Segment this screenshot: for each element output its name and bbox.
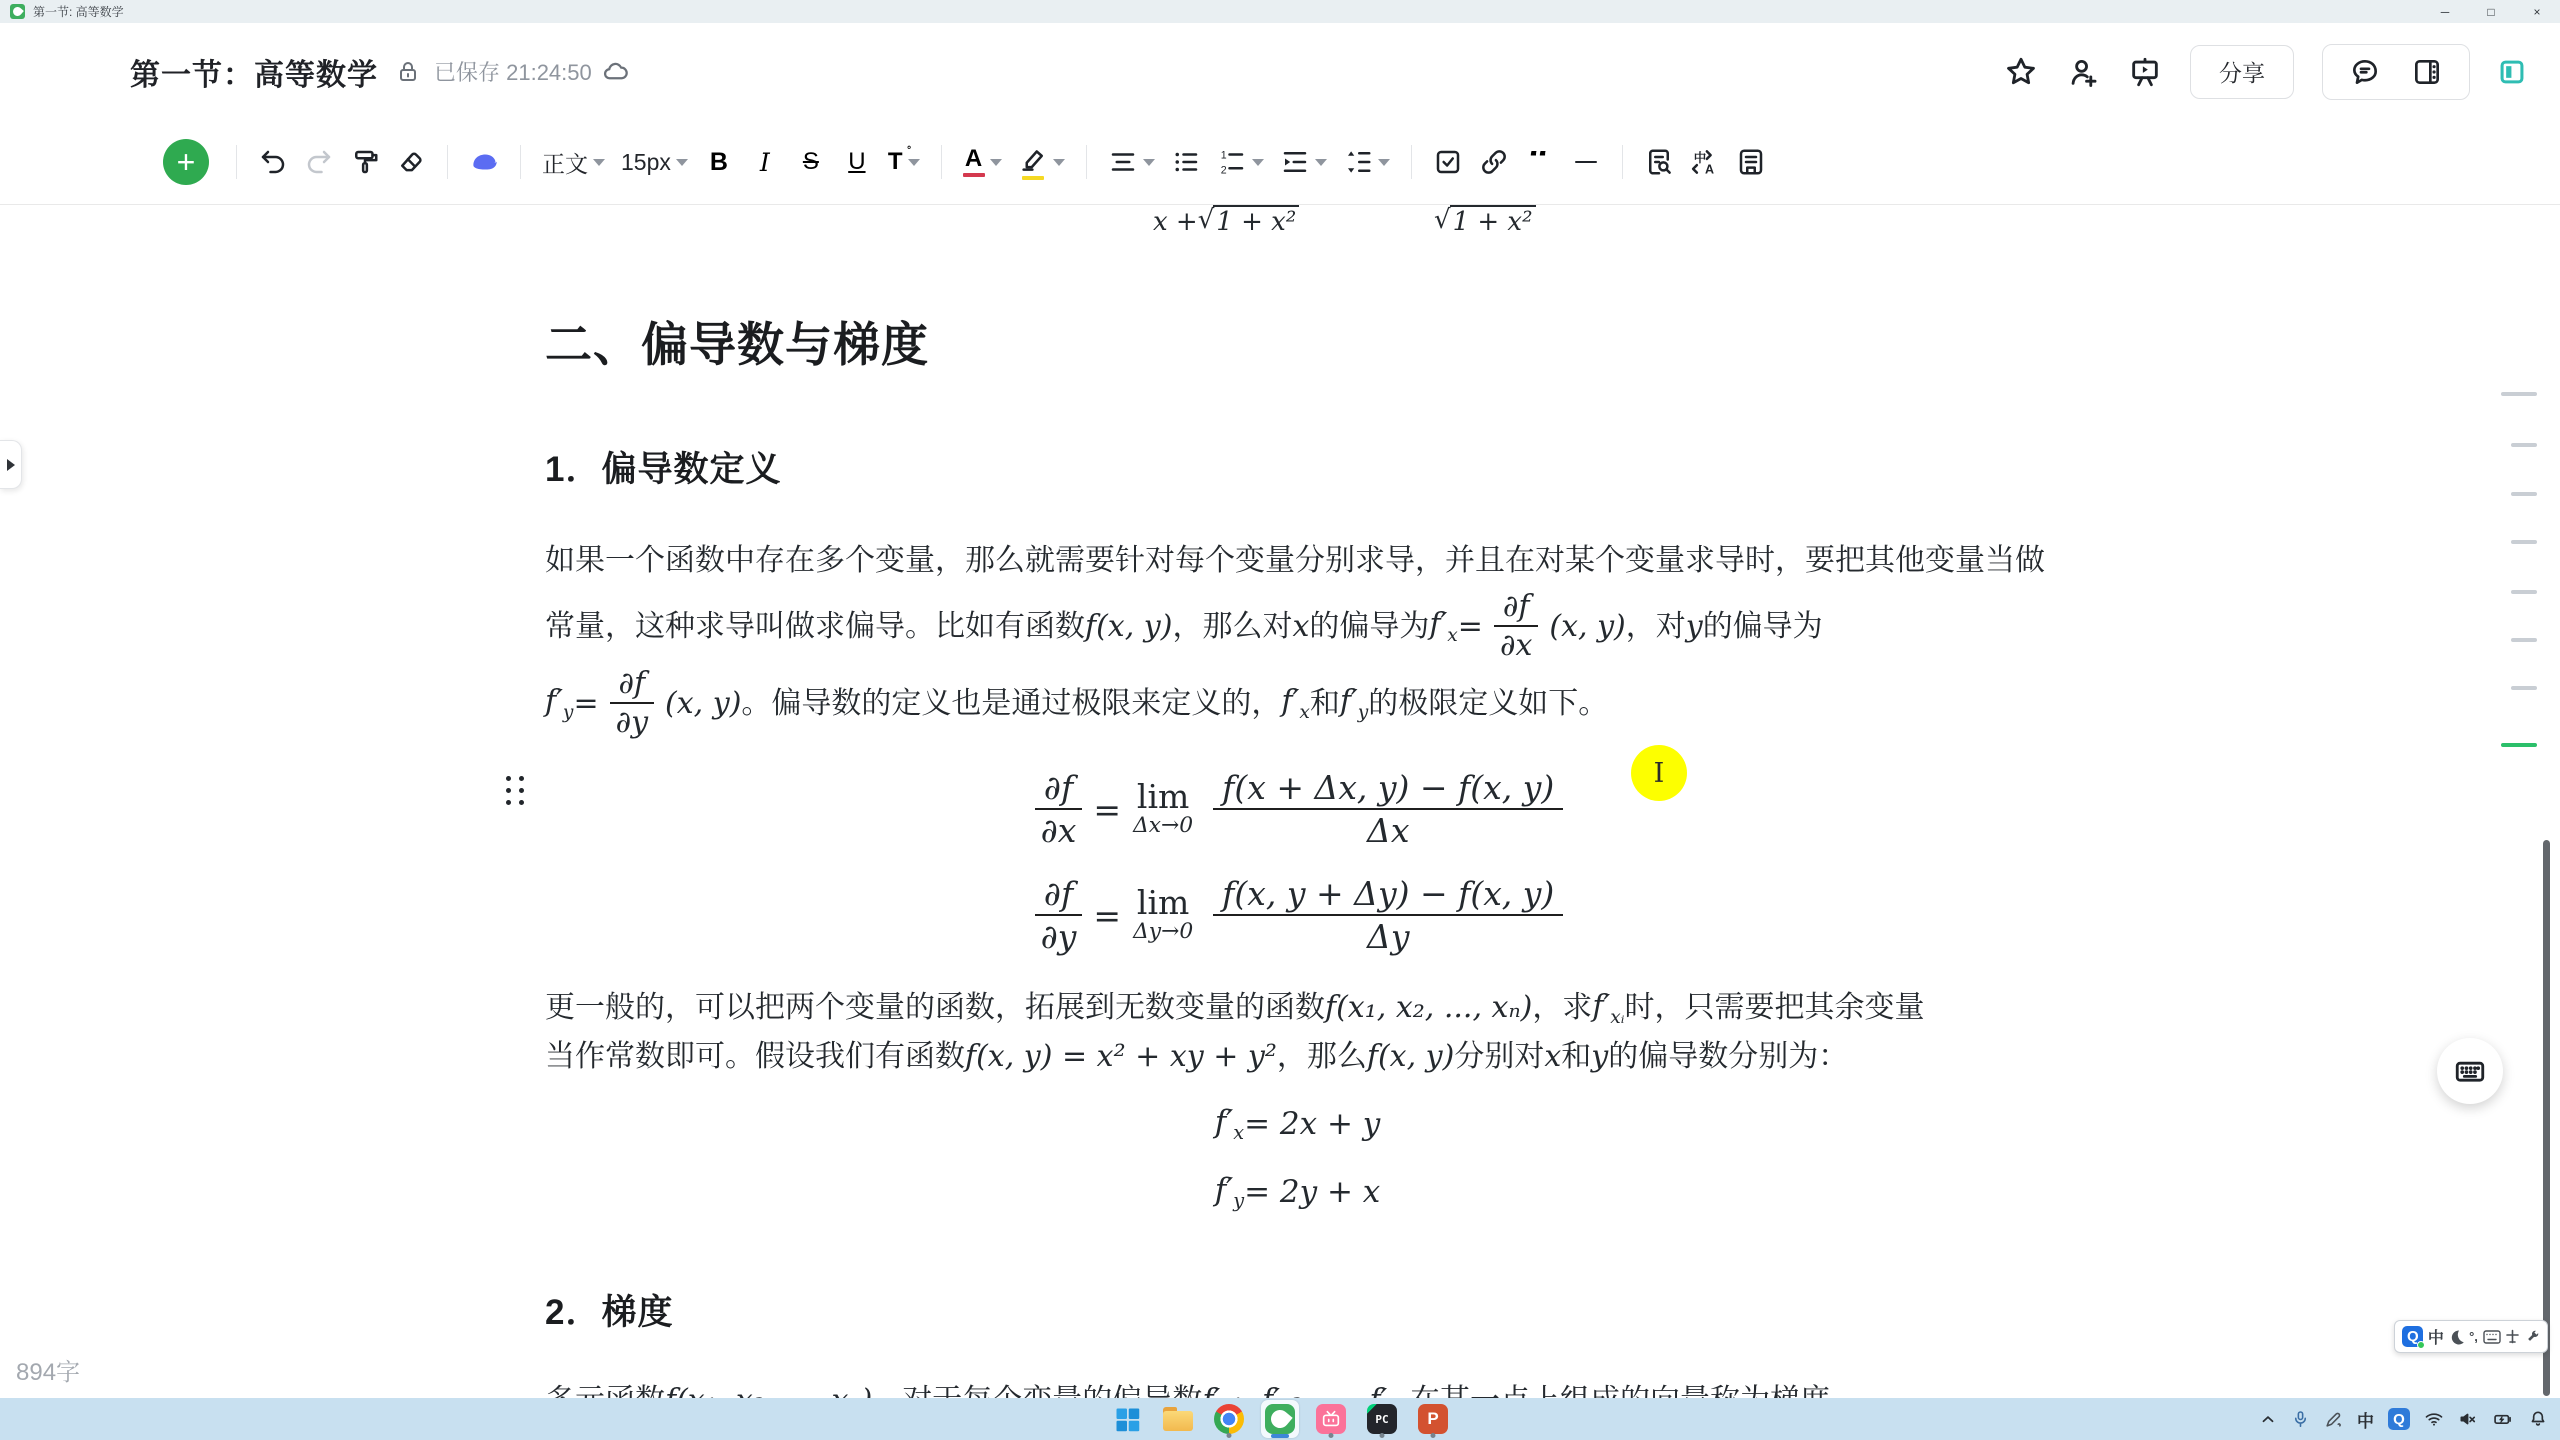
document-editor[interactable]: x + √1 + x² √1 + x² 二、偏导数与梯度 1．偏导数定义 如果一…	[545, 205, 2050, 1398]
text-run: 和	[1310, 681, 1340, 726]
bullet-list-button[interactable]	[1166, 139, 1206, 185]
translate-button[interactable]: 中A	[1685, 139, 1725, 185]
toolbar-divider	[941, 145, 942, 179]
chevron-down-icon	[593, 159, 605, 166]
math-fraction: f(x + Δx, y) − f(x, y)Δx	[1213, 767, 1563, 852]
start-button[interactable]	[1108, 1400, 1146, 1438]
present-mode-button[interactable]	[2128, 55, 2162, 89]
outline-mark[interactable]	[2511, 540, 2537, 544]
math-run: f(x₁, x₂, ..., xₙ)	[1325, 985, 1532, 1030]
formatting-toolbar: + 正文 15px B I S U T˚ A	[0, 120, 2560, 205]
underline-glyph: U	[848, 148, 865, 176]
sidebar-toggle-teal-icon[interactable]	[2498, 58, 2526, 86]
fraction-denominator: ∂y	[1032, 916, 1086, 957]
tray-battery-charging-icon[interactable]	[2492, 1409, 2514, 1429]
fraction-denominator: ∂x	[1491, 627, 1541, 665]
text-run: 当作常数即可。假设我们有函数	[545, 1034, 965, 1079]
ai-whale-button[interactable]	[464, 139, 504, 185]
math-run: x	[1292, 604, 1309, 649]
catalog-panel-button[interactable]	[2411, 56, 2443, 88]
undo-button[interactable]	[253, 139, 293, 185]
math-run: (x, y)	[665, 681, 741, 726]
fraction-denominator: ∂x	[1032, 810, 1086, 851]
strikethrough-glyph: S	[803, 148, 819, 176]
text-style-dropdown[interactable]: T˚	[883, 139, 925, 185]
bilibili-icon	[1316, 1404, 1346, 1434]
block-drag-handle-icon[interactable]	[503, 772, 527, 808]
display-formula-fy[interactable]: f′y = 2y + x	[545, 1166, 2050, 1218]
comments-button[interactable]	[2349, 56, 2381, 88]
outline-mark[interactable]	[2501, 392, 2537, 396]
toolbar-divider	[236, 145, 237, 179]
limit-word: lim	[1137, 780, 1189, 815]
paragraph-line[interactable]: f′y = ∂f∂y(x, y) 。偏导数的定义也是通过极限来定义的， f′x …	[545, 660, 1608, 746]
fraction-numerator: f(x + Δx, y) − f(x, y)	[1213, 767, 1563, 810]
word-count: 894字	[16, 1352, 80, 1387]
display-formula-partial-y[interactable]: ∂f∂y = limΔy→0f(x, y + Δy) − f(x, y)Δy	[545, 863, 2050, 967]
cloud-sync-icon	[602, 58, 629, 85]
ime-chinese-mode[interactable]: 中	[2428, 1325, 2444, 1348]
math-sub-run: f′y	[545, 679, 573, 727]
redo-button[interactable]	[299, 139, 339, 185]
display-formula-partial-x[interactable]: ∂f∂x = limΔx→0f(x + Δx, y) − f(x, y)Δx	[545, 757, 2050, 861]
paragraph-style-value: 正文	[542, 146, 588, 179]
highlighter-icon	[1018, 144, 1048, 180]
math-limit: limΔx→0	[1133, 780, 1193, 838]
template-button[interactable]	[1731, 139, 1771, 185]
math-run: = 2x + y	[1244, 1106, 1380, 1142]
numbered-list-dropdown[interactable]: 12	[1212, 139, 1269, 185]
text-run: 在某一点上组成的向量称为梯度	[1410, 1378, 1830, 1398]
windows-taskbar: PC P 中 Q	[0, 1398, 2560, 1440]
numbered-one-glyph: 1	[1220, 149, 1226, 161]
fraction-numerator: ∂f	[1035, 767, 1082, 810]
tray-microphone-icon[interactable]	[2291, 1410, 2310, 1429]
paragraph-style-dropdown[interactable]: 正文	[537, 139, 610, 185]
radical-sign: √	[1198, 205, 1215, 235]
clipped-formula-fragment-1[interactable]: x + √1 + x²	[1153, 205, 1299, 237]
text-run: 的偏导为	[1309, 604, 1429, 649]
limit-subscript: Δy→0	[1133, 921, 1193, 944]
window-controls: ─ □ ×	[2422, 0, 2560, 23]
outline-mark[interactable]	[2501, 743, 2537, 747]
block-quote-button[interactable]: “	[1520, 139, 1560, 185]
toolbar-divider	[520, 145, 521, 179]
math-run: = 2y + x	[1244, 1174, 1380, 1210]
insert-block-button[interactable]: +	[163, 139, 209, 185]
qq-logo: Q	[2388, 1408, 2410, 1430]
minimize-button[interactable]: ─	[2422, 0, 2468, 23]
math-run: =	[1093, 896, 1121, 935]
math-run: f′ₓ₁, f′ₓ₂, ..., f′ₓₙ	[1202, 1378, 1410, 1398]
ime-soft-keyboard-icon[interactable]	[2483, 1330, 2501, 1344]
indent-dropdown[interactable]	[1275, 139, 1332, 185]
document-header: 第一节：高等数学 已保存 21:24:50 分享	[0, 23, 2560, 120]
chevron-down-icon	[1143, 159, 1155, 166]
saved-status: 已保存 21:24:50	[434, 56, 592, 87]
text-run: 的偏导为	[1703, 604, 1823, 649]
bilibili-button[interactable]	[1312, 1400, 1350, 1438]
outline-mark[interactable]	[2511, 443, 2537, 447]
math-fraction: ∂f∂x	[1491, 588, 1541, 665]
math-run: (x, y)	[1549, 604, 1625, 649]
font-color-dropdown[interactable]: A	[958, 139, 1007, 185]
paragraph-line[interactable]: 当作常数即可。假设我们有函数 f(x, y) = x² + xy + y² ，那…	[545, 1034, 1848, 1079]
math-run: f(x, y) = x² + xy + y²	[965, 1034, 1277, 1079]
tray-ime-language-indicator[interactable]: 中	[2357, 1407, 2374, 1432]
pycharm-icon: PC	[1367, 1404, 1397, 1434]
ime-halfwidth-moon-icon[interactable]	[2449, 1329, 2465, 1345]
font-size-dropdown[interactable]: 15px	[616, 139, 693, 185]
comment-catalog-group	[2322, 44, 2470, 100]
limit-word: lim	[1137, 886, 1189, 921]
tray-volume-muted-icon[interactable]	[2458, 1409, 2478, 1429]
ime-punctuation-mode[interactable]: °,	[2469, 1329, 2478, 1344]
sidebar-expand-tab[interactable]	[0, 440, 22, 489]
strikethrough-button[interactable]: S	[791, 139, 831, 185]
window-tab-title: 第一节: 高等数学	[33, 3, 124, 20]
math-sub-run: f′y	[1215, 1172, 1244, 1212]
chevron-down-icon	[1053, 159, 1065, 166]
powerpoint-button[interactable]: P	[1414, 1400, 1452, 1438]
heading-gradient[interactable]: 2．梯度	[545, 1285, 673, 1335]
heading-partial-derivative-definition[interactable]: 1．偏导数定义	[545, 442, 781, 492]
paragraph-line[interactable]: 更一般的，可以把两个变量的函数，拓展到无数变量的函数 f(x₁, x₂, ...…	[545, 984, 1924, 1032]
text-run: 分别对	[1454, 1034, 1544, 1079]
fraction-numerator: ∂f	[1035, 873, 1082, 916]
text-run: 常量，这种求导叫做求偏导。比如有函数	[545, 604, 1085, 649]
insert-link-button[interactable]	[1474, 139, 1514, 185]
text-run: 的偏导数分别为：	[1608, 1034, 1848, 1079]
text-run: 时，只需要把其余变量	[1624, 985, 1924, 1030]
math-run: f(x, y)	[1367, 1034, 1454, 1079]
math-run: =	[1093, 790, 1121, 829]
math-run: y	[1591, 1034, 1608, 1079]
file-explorer-button[interactable]	[1159, 1400, 1197, 1438]
outline-mark[interactable]	[2511, 590, 2537, 594]
limit-subscript: Δx→0	[1133, 815, 1193, 838]
divider-line-icon	[1575, 161, 1597, 164]
text-run: 。偏导数的定义也是通过极限来定义的，	[741, 681, 1281, 726]
fraction-denominator: ∂y	[607, 704, 657, 742]
chevron-down-icon	[908, 159, 920, 166]
toolbar-divider	[1622, 145, 1623, 179]
radicand: 1 + x²	[1450, 205, 1536, 237]
text-run: ，那么	[1277, 1034, 1367, 1079]
fraction-numerator: f(x, y + Δy) − f(x, y)	[1213, 873, 1563, 916]
toolbar-divider	[447, 145, 448, 179]
math-run: f(x₁, x₂, ..., xₙ)	[665, 1378, 872, 1398]
numbered-two-glyph: 2	[1220, 164, 1226, 176]
chevron-down-icon	[1315, 159, 1327, 166]
highlight-color-dropdown[interactable]	[1013, 139, 1070, 185]
chevron-down-icon	[1378, 159, 1390, 166]
header-actions: 分享	[2004, 23, 2526, 120]
math-run: x +	[1153, 207, 1198, 237]
tray-wifi-icon[interactable]	[2424, 1409, 2444, 1429]
document-title[interactable]: 第一节：高等数学	[130, 50, 378, 94]
math-sqrt: √1 + x²	[1198, 205, 1300, 237]
italic-glyph: I	[760, 148, 770, 177]
clipped-last-line[interactable]: 多元函数 f(x₁, x₂, ..., xₙ) ，对于每个变量的偏导数 f′ₓ₁…	[545, 1378, 1830, 1398]
align-dropdown[interactable]	[1103, 139, 1160, 185]
text-run: 和	[1561, 1034, 1591, 1079]
cursor-spotlight: I	[1631, 745, 1687, 801]
clear-format-eraser-button[interactable]	[391, 139, 431, 185]
outline-mark[interactable]	[2511, 638, 2537, 642]
italic-button[interactable]: I	[745, 139, 785, 185]
bold-button[interactable]: B	[699, 139, 739, 185]
task-checkbox-button[interactable]	[1428, 139, 1468, 185]
chevron-right-icon	[7, 459, 15, 471]
maximize-button[interactable]: □	[2468, 0, 2514, 23]
chrome-button[interactable]	[1210, 1400, 1248, 1438]
chevron-down-icon	[990, 159, 1002, 166]
share-button[interactable]: 分享	[2190, 45, 2294, 99]
taskbar-center-icons: PC P	[1108, 1398, 1452, 1440]
clipped-formula-fragment-2[interactable]: √1 + x²	[1434, 205, 1536, 237]
ime-language-bar[interactable]: Q 中 °,	[2394, 1320, 2548, 1353]
fraction-numerator: ∂f	[610, 665, 655, 705]
chevron-down-icon	[1252, 159, 1264, 166]
format-painter-button[interactable]	[345, 139, 385, 185]
math-run: x	[1544, 1034, 1561, 1079]
svg-text:A: A	[1705, 162, 1714, 176]
math-limit: limΔy→0	[1133, 886, 1193, 944]
notes-app-leaf-icon	[1265, 1404, 1295, 1434]
folder-icon	[1163, 1407, 1193, 1431]
app-favicon-leaf-icon	[10, 4, 25, 19]
quote-icon: “	[1528, 151, 1551, 173]
tray-qq-icon[interactable]: Q	[2388, 1408, 2410, 1430]
text-run: 如果一个函数中存在多个变量，那么就需要针对每个变量分别求导，并且在对某个变量求导…	[545, 538, 2045, 583]
close-button[interactable]: ×	[2514, 0, 2560, 23]
tray-pen-icon[interactable]	[2324, 1410, 2343, 1429]
outline-mark[interactable]	[2511, 686, 2537, 690]
keyboard-shortcuts-fab[interactable]	[2437, 1038, 2503, 1104]
toolbar-divider	[1086, 145, 1087, 179]
text-run: ，那么对	[1172, 604, 1292, 649]
pycharm-button[interactable]: PC	[1363, 1400, 1401, 1438]
ime-toolbox-icon[interactable]	[2505, 1329, 2520, 1344]
fraction-numerator: ∂f	[1494, 588, 1539, 628]
text-run: 多元函数	[545, 1378, 665, 1398]
math-sqrt: √1 + x²	[1434, 205, 1536, 237]
math-sub-run: f′xᵢ	[1592, 984, 1624, 1032]
chrome-icon	[1214, 1404, 1244, 1434]
paragraph-line[interactable]: 常量，这种求导叫做求偏导。比如有函数 f(x, y) ，那么对 x 的偏导为 f…	[545, 583, 1823, 669]
math-fraction: ∂f∂y	[607, 665, 657, 742]
find-replace-button[interactable]	[1639, 139, 1679, 185]
powerpoint-icon: P	[1418, 1404, 1448, 1434]
system-tray: 中 Q	[2259, 1398, 2548, 1440]
invite-collaborator-button[interactable]	[2066, 55, 2100, 89]
display-formula-fx[interactable]: f′x = 2x + y	[545, 1098, 2050, 1150]
notes-app-button-active[interactable]	[1261, 1400, 1299, 1438]
ime-settings-wrench-icon[interactable]	[2525, 1329, 2540, 1344]
text-run: 更一般的，可以把两个变量的函数，拓展到无数变量的函数	[545, 985, 1325, 1030]
text-style-icon: T˚	[888, 148, 903, 176]
math-fraction: ∂f∂x	[1032, 767, 1086, 852]
ime-logo-icon[interactable]: Q	[2402, 1326, 2423, 1347]
toolbar-divider	[1411, 145, 1412, 179]
fraction-denominator: Δy	[1358, 916, 1418, 957]
line-spacing-dropdown[interactable]	[1338, 139, 1395, 185]
outline-mark[interactable]	[2511, 492, 2537, 496]
font-color-icon: A	[963, 147, 985, 177]
radical-sign: √	[1434, 205, 1451, 235]
math-run: =	[573, 681, 598, 726]
favorite-star-button[interactable]	[2004, 55, 2038, 89]
heading-partial-derivatives[interactable]: 二、偏导数与梯度	[545, 308, 929, 375]
window-titlebar: 第一节: 高等数学 ─ □ ×	[0, 0, 2560, 23]
math-run: f(x, y)	[1085, 604, 1172, 649]
text-run: ，对于每个变量的偏导数	[872, 1378, 1202, 1398]
math-sub-run: f′x	[1215, 1104, 1244, 1144]
vertical-scrollbar[interactable]	[2543, 840, 2550, 1396]
radicand: 1 + x²	[1213, 205, 1299, 237]
text-cursor-ibeam: I	[1654, 758, 1665, 789]
math-run: y	[1686, 604, 1703, 649]
math-fraction: ∂f∂y	[1032, 873, 1086, 958]
text-run: ，对	[1626, 604, 1686, 649]
fraction-denominator: Δx	[1358, 810, 1418, 851]
math-run: =	[1458, 604, 1483, 649]
math-sub-run: f′y	[1340, 679, 1368, 727]
font-size-value: 15px	[621, 149, 671, 176]
tray-notification-bell-icon[interactable]	[2528, 1409, 2548, 1429]
paragraph-line[interactable]: 如果一个函数中存在多个变量，那么就需要针对每个变量分别求导，并且在对某个变量求导…	[545, 538, 2045, 583]
horizontal-rule-button[interactable]	[1566, 139, 1606, 185]
text-run: 的极限定义如下。	[1368, 681, 1608, 726]
math-sub-run: f′x	[1281, 679, 1309, 727]
text-run: ，求	[1532, 985, 1592, 1030]
chevron-down-icon	[676, 159, 688, 166]
math-fraction: f(x, y + Δy) − f(x, y)Δy	[1213, 873, 1563, 958]
bold-glyph: B	[710, 148, 728, 177]
math-sub-run: f′x	[1429, 602, 1457, 650]
underline-button[interactable]: U	[837, 139, 877, 185]
tray-chevron-up-icon[interactable]	[2259, 1410, 2277, 1428]
lock-icon	[396, 60, 420, 84]
